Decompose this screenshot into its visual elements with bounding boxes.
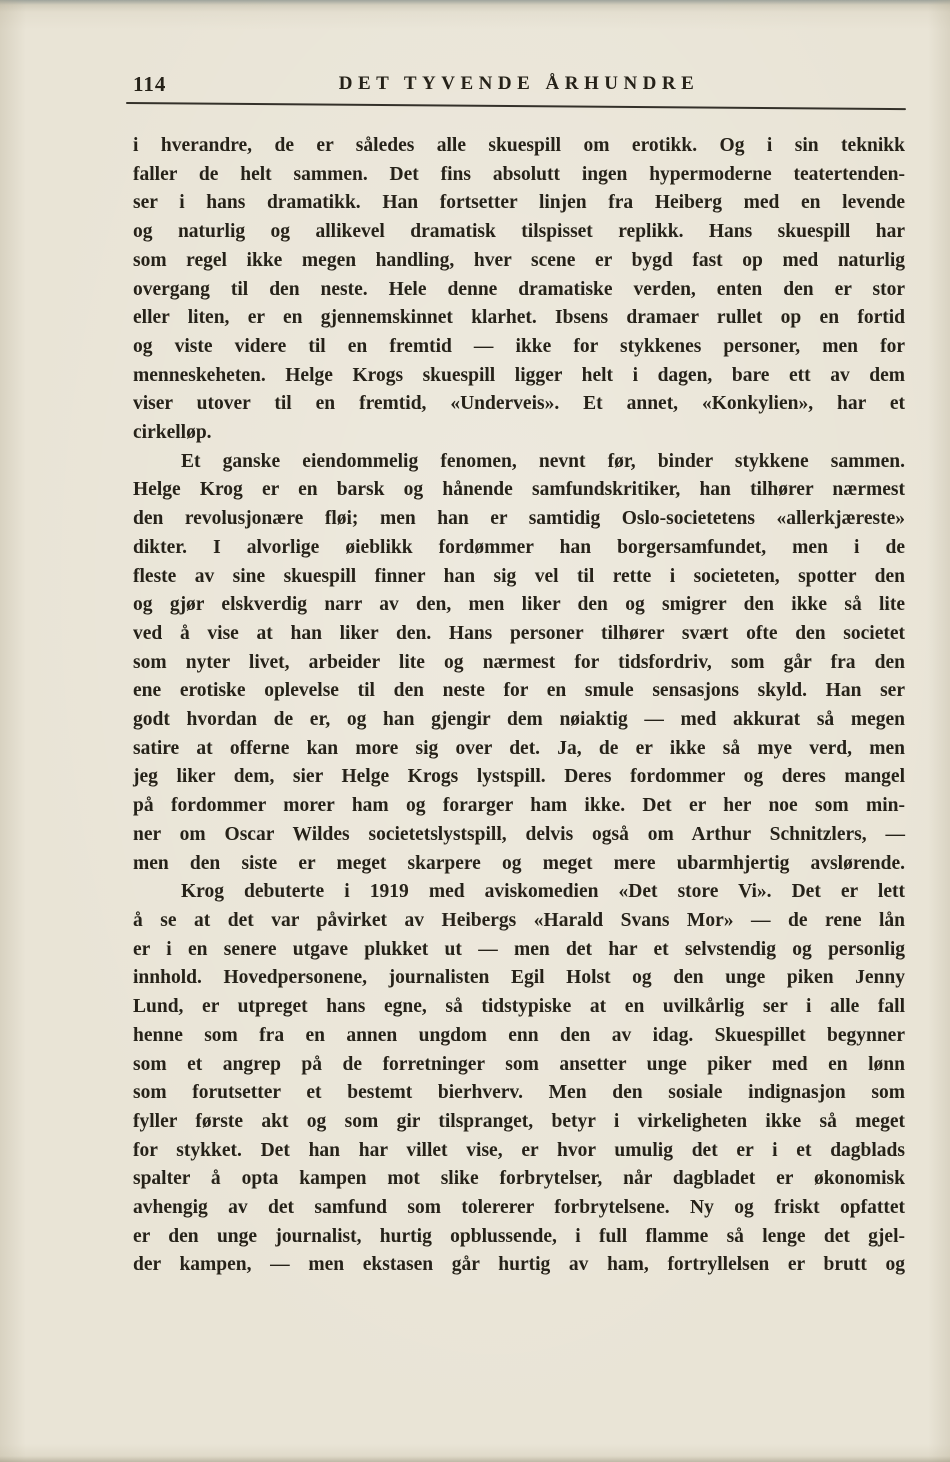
text-line: eller liten, er en gjennemskinnet klarhe… (133, 304, 905, 333)
text-line: avhengig av det samfund som tolererer fo… (133, 1194, 905, 1223)
text-line: ser i hans dramatikk. Han fortsetter lin… (133, 189, 905, 218)
text-line: og viste videre til en fremtid — ikke fo… (133, 333, 905, 362)
text-line: Helge Krog er en barsk og hånende samfun… (133, 476, 905, 505)
text-line: er den unge journalist, hurtig opblussen… (133, 1223, 905, 1252)
text-line: menneskeheten. Helge Krogs skuespill lig… (133, 362, 905, 391)
text-line: fyller første akt og som gir tilspranget… (133, 1108, 905, 1137)
text-line: der kampen, — men ekstasen går hurtig av… (133, 1251, 905, 1280)
text-line: på fordommer morer ham og forarger ham i… (133, 792, 905, 821)
text-line: og naturlig og allikevel dramatisk tilsp… (133, 218, 905, 247)
text-line: å se at det var påvirket av Heibergs «Ha… (133, 907, 905, 936)
scan-edge-top (0, 0, 950, 30)
text-line: viser utover til en fremtid, «Underveis»… (133, 390, 905, 419)
body-text: i hverandre, de er således alle skuespil… (133, 132, 905, 1280)
text-line: innhold. Hovedpersonene, journalisten Eg… (133, 964, 905, 993)
text-line: dikter. I alvorlige øieblikk fordømmer h… (133, 534, 905, 563)
text-line: faller de helt sammen. Det fins absolutt… (133, 161, 905, 190)
text-line: ene erotiske oplevelse til den neste for… (133, 677, 905, 706)
text-line: ved å vise at han liker den. Hans person… (133, 620, 905, 649)
text-line: Krog debuterte i 1919 med aviskomedien «… (133, 878, 905, 907)
text-line: overgang til den neste. Hele denne drama… (133, 276, 905, 305)
text-line: som regel ikke megen handling, hver scen… (133, 247, 905, 276)
text-line: ner om Oscar Wildes societetslystspill, … (133, 821, 905, 850)
text-line: satire at offerne kan more sig over det.… (133, 735, 905, 764)
text-line: godt hvordan de er, og han gjengir dem n… (133, 706, 905, 735)
text-line: den revolusjonære fløi; men han er samti… (133, 505, 905, 534)
text-line: og gjør elskverdig narr av den, men like… (133, 591, 905, 620)
text-line: i hverandre, de er således alle skuespil… (133, 132, 905, 161)
text-line: for stykket. Det han har villet vise, er… (133, 1137, 905, 1166)
text-line: Lund, er utpreget hans egne, så tidstypi… (133, 993, 905, 1022)
scan-edge-left (0, 0, 26, 1462)
text-line: Et ganske eiendommelig fenomen, nevnt fø… (133, 448, 905, 477)
text-line: spalter å opta kampen mot slike forbryte… (133, 1165, 905, 1194)
text-line: som et angrep på de forretninger som ans… (133, 1051, 905, 1080)
text-line: som nyter livet, arbeider lite og nærmes… (133, 649, 905, 678)
scan-edge-bottom (0, 1444, 950, 1462)
text-line: men den siste er meget skarpere og meget… (133, 850, 905, 879)
running-title: DET TYVENDE ÅRHUNDRE (133, 73, 905, 95)
text-line: jeg liker dem, sier Helge Krogs lystspil… (133, 763, 905, 792)
text-line: som forutsetter et bestemt bierhverv. Me… (133, 1079, 905, 1108)
header-rule (126, 102, 906, 110)
text-line: henne som fra en annen ungdom enn den av… (133, 1022, 905, 1051)
book-page-scan: 114 DET TYVENDE ÅRHUNDRE i hverandre, de… (0, 0, 950, 1462)
text-line: cirkelløp. (133, 419, 905, 448)
text-line: er i en senere utgave plukket ut — men d… (133, 936, 905, 965)
scan-edge-right (928, 0, 950, 1462)
text-line: fleste av sine skuespill finner han sig … (133, 563, 905, 592)
